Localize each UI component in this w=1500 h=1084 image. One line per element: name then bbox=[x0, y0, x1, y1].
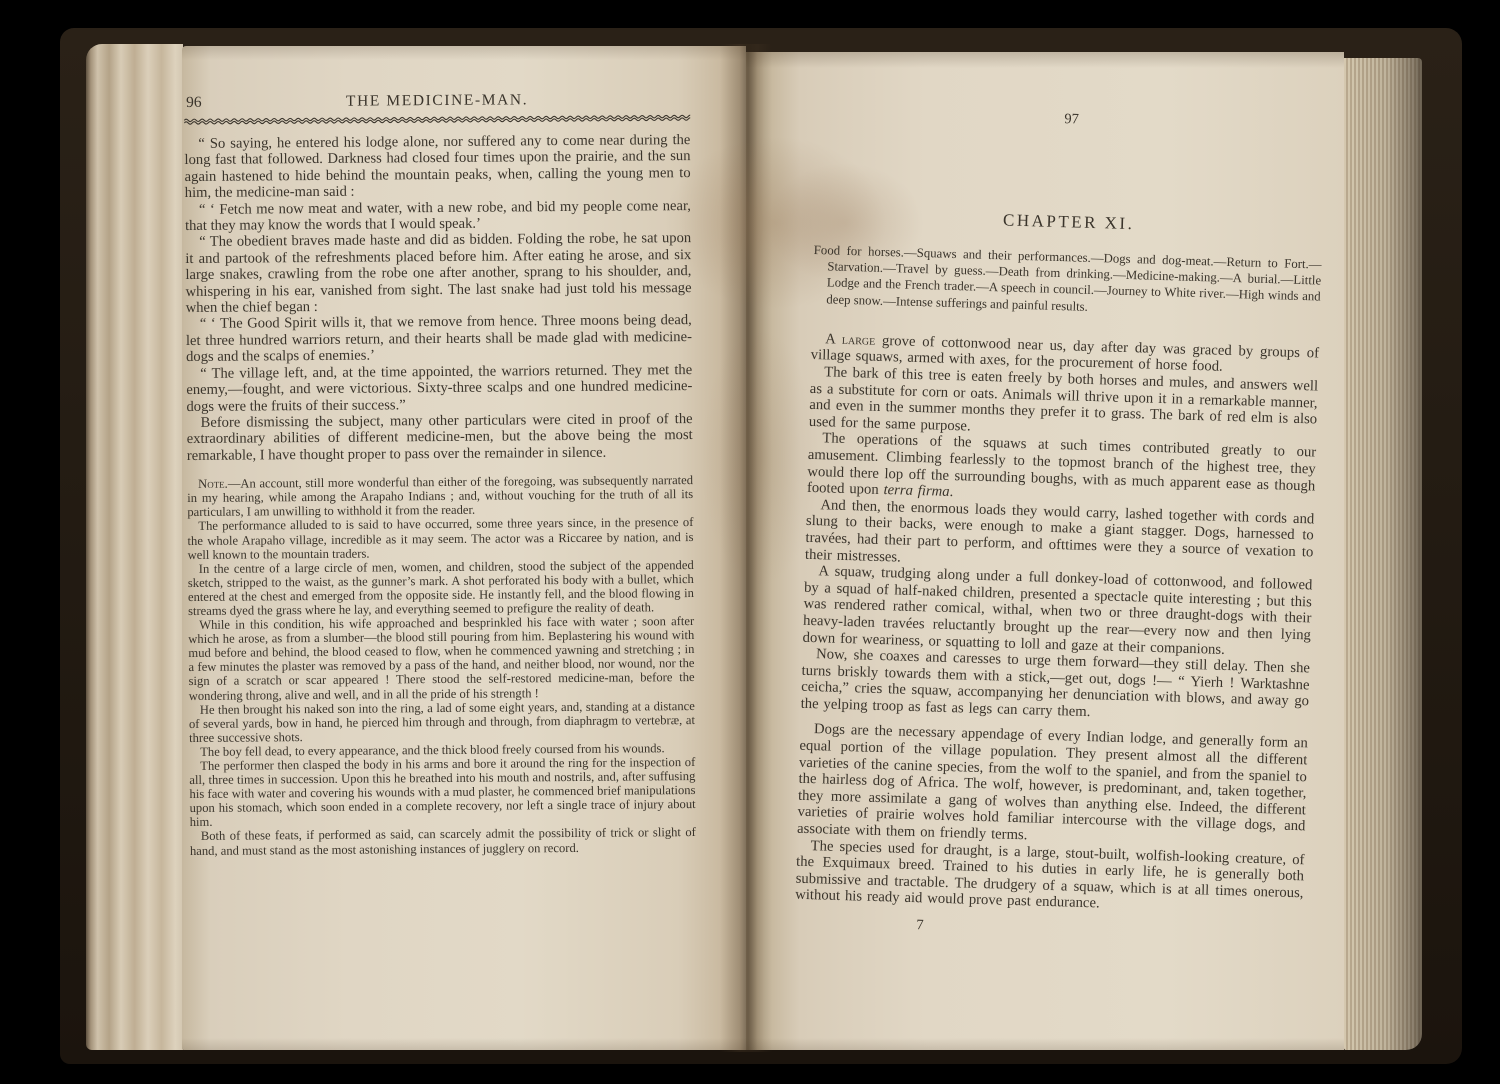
right-fore-edge bbox=[1344, 58, 1422, 1050]
paragraph: “ The obedient braves made haste and did… bbox=[185, 230, 692, 316]
paragraph: Before dismissing the subject, many othe… bbox=[187, 411, 693, 464]
footnote-section: Note.—An account, still more wonderful t… bbox=[187, 473, 696, 857]
small-caps-word: large bbox=[842, 332, 876, 349]
page-number-left: 96 bbox=[186, 94, 202, 112]
note-paragraph: The performance alluded to is said to ha… bbox=[187, 515, 693, 561]
right-page-text: 97 CHAPTER XI. Food for horses.—Squaws a… bbox=[794, 104, 1326, 945]
chapter-synopsis: Food for horses.—Squaws and their perfor… bbox=[812, 242, 1322, 321]
paragraph: “ ‘ The Good Spirit wills it, that we re… bbox=[186, 312, 692, 365]
wavy-rule bbox=[184, 114, 690, 127]
book-gutter-shadow bbox=[720, 44, 772, 1052]
note-paragraph: He then brought his naked son into the r… bbox=[189, 699, 695, 745]
note-paragraph: The performer then clasped the body in h… bbox=[189, 755, 696, 829]
paragraph: The species used for draught, is a large… bbox=[795, 837, 1305, 918]
note-text: —An account, still more wonderful than e… bbox=[187, 473, 693, 519]
paragraph-lead: A bbox=[825, 331, 842, 347]
paragraph: A squaw, trudging along under a full don… bbox=[802, 563, 1312, 661]
running-title: THE MEDICINE-MAN. bbox=[184, 90, 690, 112]
note-paragraph: Both of these feats, if performed as sai… bbox=[190, 825, 696, 857]
italic-phrase: terra firma bbox=[883, 482, 950, 500]
note-paragraph: While in this condition, his wife approa… bbox=[188, 614, 695, 703]
note-paragraph: Note.—An account, still more wonderful t… bbox=[187, 473, 693, 519]
paragraph: Now, she coaxes and caresses to urge the… bbox=[800, 646, 1310, 727]
left-page-edges bbox=[86, 44, 183, 1050]
left-page-text: 96 THE MEDICINE-MAN. “ So saying, he ent… bbox=[184, 90, 696, 858]
paragraph: “ The village left, and, at the time app… bbox=[186, 362, 692, 415]
left-page-header: 96 THE MEDICINE-MAN. bbox=[184, 90, 690, 116]
paragraph-text: . bbox=[949, 484, 953, 500]
note-lead: Note. bbox=[198, 477, 228, 491]
open-book: 96 THE MEDICINE-MAN. “ So saying, he ent… bbox=[60, 28, 1462, 1064]
paragraph: Dogs are the necessary appendage of ever… bbox=[797, 721, 1308, 852]
right-body: A large grove of cottonwood near us, day… bbox=[795, 331, 1319, 919]
chapter-heading: CHAPTER XI. bbox=[815, 205, 1323, 240]
photo-background: { "colors": { "background": "#000000", "… bbox=[0, 0, 1500, 1084]
paragraph: “ So saying, he entered his lodge alone,… bbox=[184, 132, 690, 202]
left-body: “ So saying, he entered his lodge alone,… bbox=[184, 132, 693, 464]
paragraph: “ ‘ Fetch me now meat and water, with a … bbox=[185, 198, 691, 235]
note-paragraph: In the centre of a large circle of men, … bbox=[188, 558, 694, 618]
